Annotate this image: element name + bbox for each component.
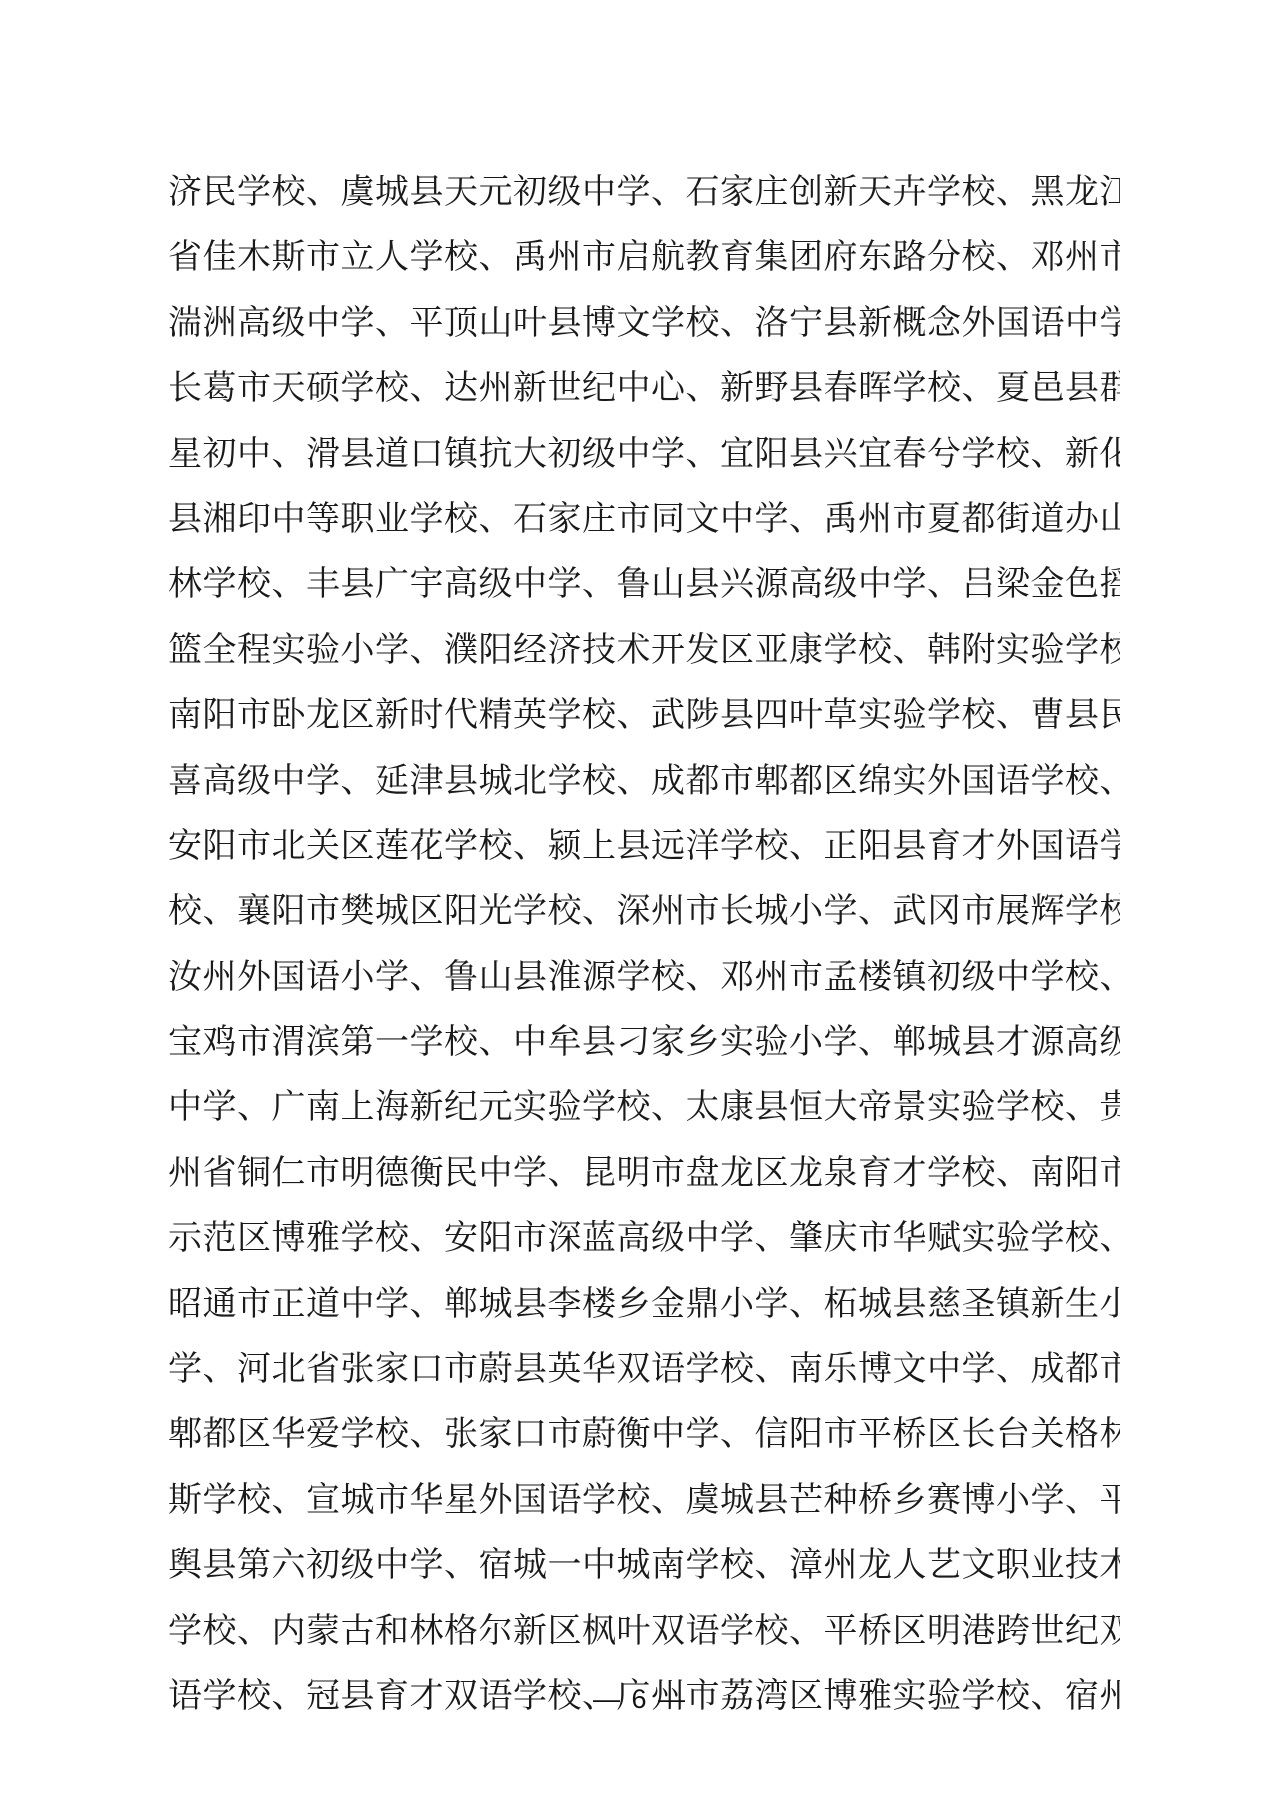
document-page: 济民学校、虞城县天元初级中学、石家庄创新天卉学校、黑龙江 省佳木斯市立人学校、禹… (0, 0, 1280, 1811)
text-line: 学校、内蒙古和林格尔新区枫叶双语学校、平桥区明港跨世纪双 (168, 1599, 1120, 1664)
text-line: 省佳木斯市立人学校、禹州市启航教育集团府东路分校、邓州市 (168, 225, 1120, 290)
text-line: 学、河北省张家口市蔚县英华双语学校、南乐博文中学、成都市 (168, 1337, 1120, 1402)
text-line: 长葛市天硕学校、达州新世纪中心、新野县春晖学校、夏邑县群 (168, 356, 1120, 421)
text-line: 县湘印中等职业学校、石家庄市同文中学、禹州市夏都街道办山 (168, 487, 1120, 552)
text-line: 喜高级中学、延津县城北学校、成都市郫都区绵实外国语学校、 (168, 749, 1120, 814)
text-line: 安阳市北关区莲花学校、颍上县远洋学校、正阳县育才外国语学 (168, 814, 1120, 879)
text-line: 校、襄阳市樊城区阳光学校、深州市长城小学、武冈市展辉学校、 (168, 879, 1120, 944)
text-line: 示范区博雅学校、安阳市深蓝高级中学、肇庆市华赋实验学校、 (168, 1206, 1120, 1271)
text-line: 郫都区华爱学校、张家口市蔚衡中学、信阳市平桥区长台关格林 (168, 1402, 1120, 1467)
text-line: 斯学校、宣城市华星外国语学校、虞城县芒种桥乡赛博小学、平 (168, 1468, 1120, 1533)
text-line: 舆县第六初级中学、宿城一中城南学校、漳州龙人艺文职业技术 (168, 1533, 1120, 1598)
text-line: 中学、广南上海新纪元实验学校、太康县恒大帝景实验学校、贵 (168, 1075, 1120, 1140)
text-line: 昭通市正道中学、郸城县李楼乡金鼎小学、柘城县慈圣镇新生小 (168, 1272, 1120, 1337)
text-line: 南阳市卧龙区新时代精英学校、武陟县四叶草实验学校、曹县民 (168, 683, 1120, 748)
text-line: 湍洲高级中学、平顶山叶县博文学校、洛宁县新概念外国语中学、 (168, 291, 1120, 356)
text-line: 宝鸡市渭滨第一学校、中牟县刁家乡实验小学、郸城县才源高级 (168, 1010, 1120, 1075)
text-line: 林学校、丰县广宇高级中学、鲁山县兴源高级中学、吕梁金色摇 (168, 552, 1120, 617)
text-line: 篮全程实验小学、濮阳经济技术开发区亚康学校、韩附实验学校、 (168, 618, 1120, 683)
school-list-paragraph: 济民学校、虞城县天元初级中学、石家庄创新天卉学校、黑龙江 省佳木斯市立人学校、禹… (168, 160, 1120, 1729)
text-line: 济民学校、虞城县天元初级中学、石家庄创新天卉学校、黑龙江 (168, 160, 1120, 225)
text-line: 州省铜仁市明德衡民中学、昆明市盘龙区龙泉育才学校、南阳市 (168, 1141, 1120, 1206)
page-number: — 6 — (0, 1684, 1280, 1715)
text-line: 星初中、滑县道口镇抗大初级中学、宜阳县兴宜春兮学校、新化 (168, 422, 1120, 487)
text-line: 汝州外国语小学、鲁山县淮源学校、邓州市孟楼镇初级中学校、 (168, 945, 1120, 1010)
